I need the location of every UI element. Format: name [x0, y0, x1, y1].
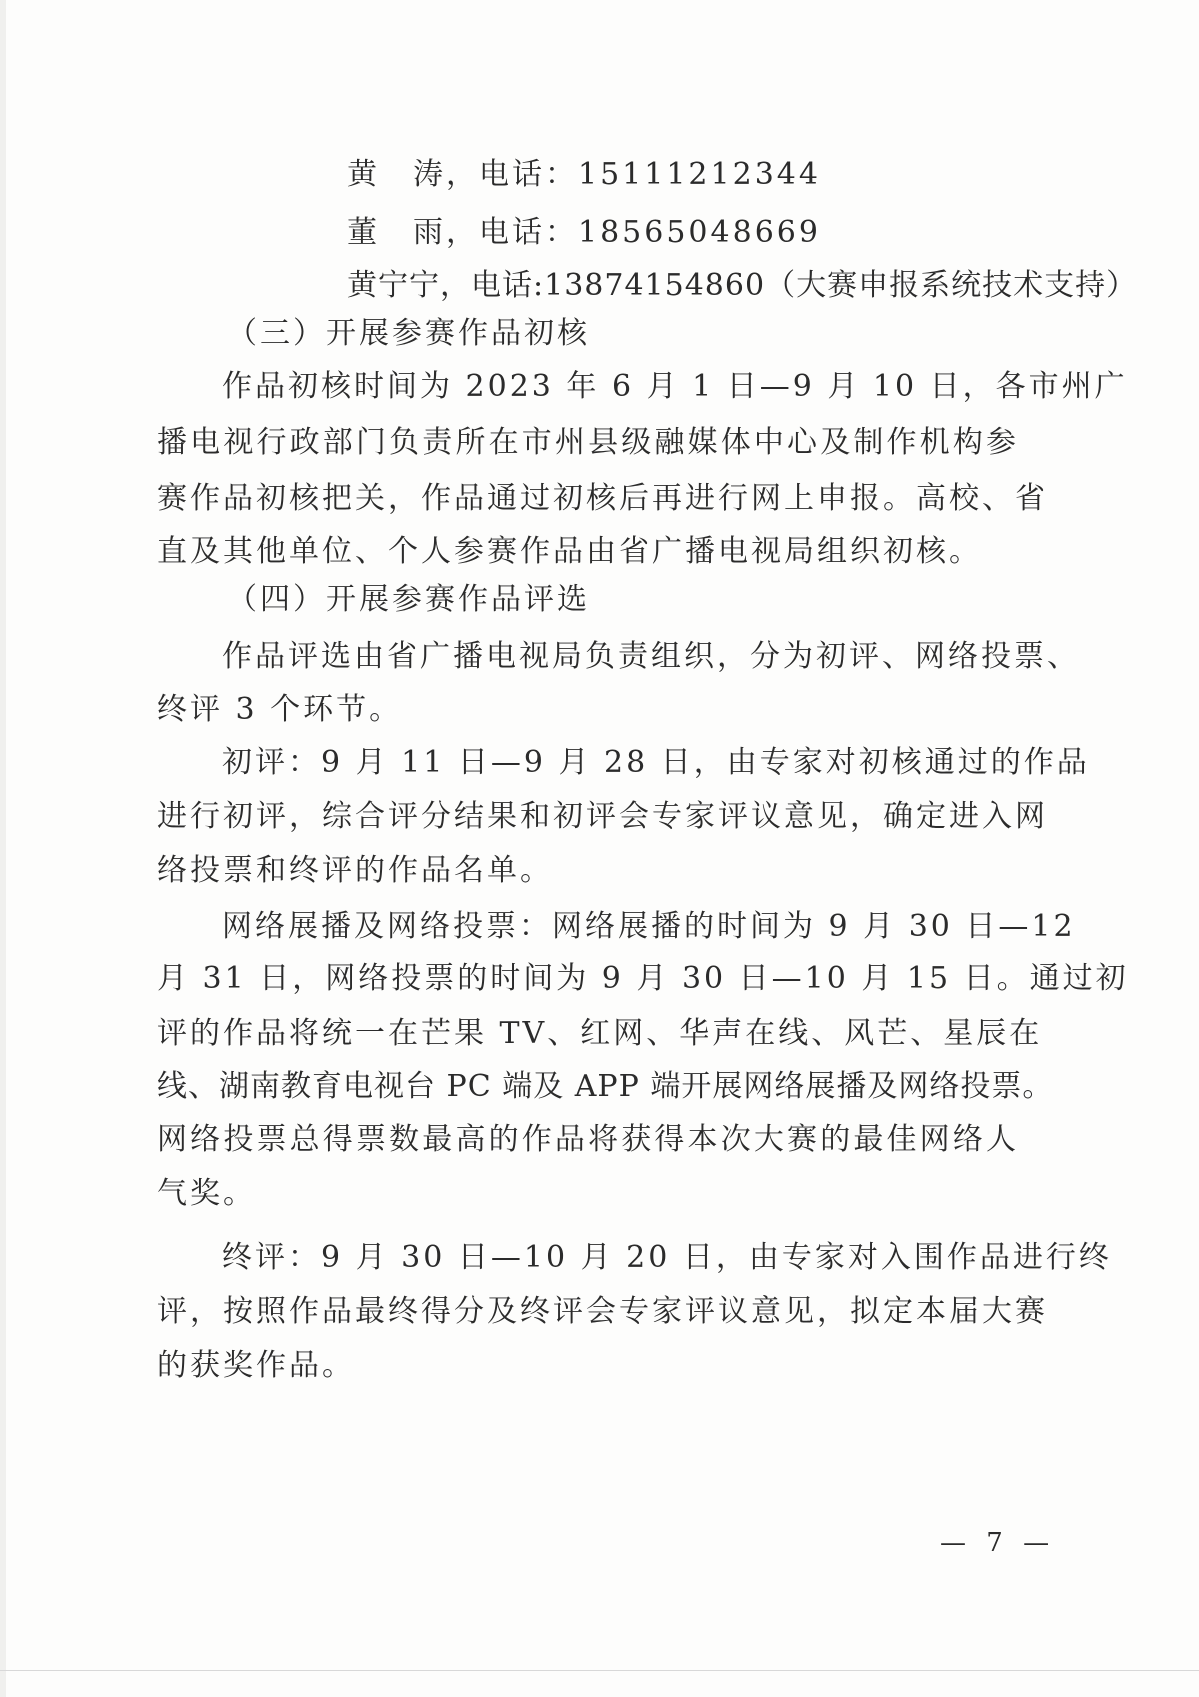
paragraph-line: 赛作品初核把关，作品通过初核后再进行网上申报。高校、省 — [157, 479, 1019, 519]
paragraph-line: 终评：9 月 30 日—10 月 20 日，由专家对入围作品进行终 — [222, 1238, 1112, 1278]
contact-label: 电话: — [471, 268, 544, 303]
contact-name: 董 雨 — [347, 215, 446, 250]
paragraph-line: 评，按照作品最终得分及终评会专家评议意见，拟定本届大赛 — [157, 1292, 1019, 1332]
page-number: — 7 — — [940, 1528, 1055, 1558]
paragraph-line: 播电视行政部门负责所在市州县级融媒体中心及制作机构参 — [157, 423, 1019, 463]
paragraph-line: 络投票和终评的作品名单。 — [157, 851, 553, 891]
scan-bottom-edge — [0, 1670, 1199, 1671]
section-heading: （四）开展参赛作品评选 — [227, 580, 590, 620]
contact-line: 黄 涛，电话：15111212344 — [347, 155, 821, 195]
contact-label: 电话： — [479, 157, 578, 192]
contact-phone: 18565048669 — [578, 215, 821, 250]
paragraph-line: 进行初评，综合评分结果和初评会专家评议意见，确定进入网 — [157, 797, 1019, 837]
paragraph-line: 月 31 日，网络投票的时间为 9 月 30 日—10 月 15 日。通过初 — [157, 959, 1019, 999]
paragraph-line: 网络投票总得票数最高的作品将获得本次大赛的最佳网络人 — [157, 1120, 1019, 1160]
scan-edge — [0, 0, 6, 1697]
contact-phone: 15111212344 — [578, 157, 821, 192]
paragraph-line: 网络展播及网络投票：网络展播的时间为 9 月 30 日—12 — [222, 907, 1076, 947]
contact-name: 黄 涛 — [347, 157, 446, 192]
section-heading: （三）开展参赛作品初核 — [227, 314, 590, 354]
paragraph-line: 初评：9 月 11 日—9 月 28 日，由专家对初核通过的作品 — [222, 743, 1090, 783]
paragraph-line: 终评 3 个环节。 — [157, 690, 402, 730]
contact-line: 董 雨，电话：18565048669 — [347, 213, 821, 253]
paragraph-line: 作品初核时间为 2023 年 6 月 1 日—9 月 10 日，各市州广 — [222, 367, 1019, 407]
contact-name: 黄宁宁 — [347, 268, 440, 303]
document-page: 黄 涛，电话：15111212344 董 雨，电话：18565048669 黄宁… — [0, 0, 1199, 1697]
contact-phone: 13874154860 — [544, 268, 765, 303]
paragraph-line: 的获奖作品。 — [157, 1346, 355, 1386]
paragraph-line: 评的作品将统一在芒果 TV、红网、华声在线、风芒、星辰在 — [157, 1014, 1019, 1054]
paragraph-line: 直及其他单位、个人参赛作品由省广播电视局组织初核。 — [157, 532, 982, 572]
paragraph-line: 气奖。 — [157, 1174, 256, 1214]
paragraph-line: 线、湖南教育电视台 PC 端及 APP 端开展网络展播及网络投票。 — [157, 1067, 1019, 1107]
contact-line: 黄宁宁，电话:13874154860（大赛申报系统技术支持） — [347, 266, 1137, 306]
contact-label: 电话： — [479, 215, 578, 250]
contact-note: （大赛申报系统技术支持） — [765, 268, 1137, 303]
paragraph-line: 作品评选由省广播电视局负责组织，分为初评、网络投票、 — [222, 637, 1080, 677]
